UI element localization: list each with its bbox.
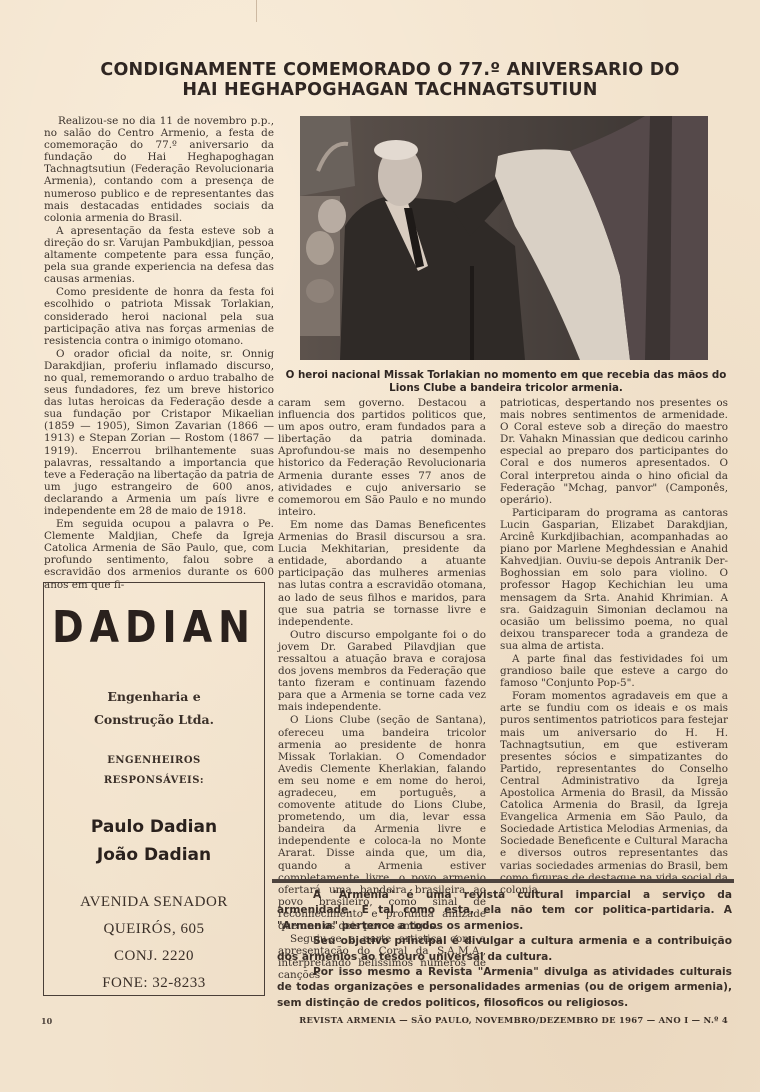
- ad-engineers-line: ENGENHEIROS: [44, 751, 264, 771]
- paragraph: Realizou-se no dia 11 de novembro p.p., …: [44, 115, 274, 224]
- paragraph: patrioticas, despertando nos presentes o…: [500, 397, 728, 506]
- ad-company-line: Construção Ltda.: [44, 708, 264, 731]
- paragraph: Participaram do programa as cantoras Luc…: [500, 507, 728, 652]
- ad-engineer-name: João Dadian: [44, 841, 264, 869]
- page-number: 10: [41, 1016, 52, 1026]
- ad-engineers-line: RESPONSÁVEIS:: [44, 771, 264, 791]
- section-divider: [272, 879, 734, 883]
- paragraph: Em seguida ocupou a palavra o Pe. Clemen…: [44, 518, 274, 591]
- photo-caption: O heroi nacional Missak Torlakian no mom…: [276, 369, 736, 395]
- mission-paragraph: Por isso mesmo a Revista "Armenia" divul…: [277, 965, 732, 1011]
- ad-engineer-name: Paulo Dadian: [44, 813, 264, 841]
- paragraph: Em nome das Damas Beneficentes Armenias …: [278, 519, 486, 628]
- ad-engineer-names: Paulo Dadian João Dadian: [44, 813, 264, 869]
- photo-torlakian-flag-image: [300, 116, 708, 360]
- news-photo: [300, 116, 708, 360]
- headline-line-1: CONDIGNAMENTE COMEMORADO O 77.º ANIVERSA…: [50, 60, 730, 80]
- mission-paragraph: A "Armenia" é uma revista cultural impar…: [277, 888, 732, 934]
- ad-address-line: CONJ. 2220: [44, 943, 264, 970]
- paragraph: O orador oficial da noite, sr. Onnig Dar…: [44, 348, 274, 517]
- ad-company-line: Engenharia e: [44, 685, 264, 708]
- article-column-right: patrioticas, despertando nos presentes o…: [500, 397, 728, 896]
- mission-paragraph: Seu objetivo principal é divulgar a cult…: [277, 934, 732, 965]
- ad-company-type: Engenharia e Construção Ltda.: [44, 685, 264, 731]
- paragraph: Outro discurso empolgante foi o do jovem…: [278, 629, 486, 714]
- paragraph: Como presidente de honra da festa foi es…: [44, 286, 274, 346]
- page-fold-line: [256, 0, 257, 22]
- ad-phone: FONE: 32-8233: [44, 970, 264, 997]
- ad-address-line: QUEIRÓS, 605: [44, 916, 264, 943]
- paragraph: caram sem governo. Destacou a influencia…: [278, 397, 486, 518]
- ad-engineers-heading: ENGENHEIROS RESPONSÁVEIS:: [44, 751, 264, 791]
- paragraph: A apresentação da festa esteve sob a dir…: [44, 225, 274, 285]
- headline-line-2: HAI HEGHAPOGHAGAN TACHNAGTSUTIUN: [50, 80, 730, 100]
- paragraph: Foram momentos agradaveis em que a arte …: [500, 690, 728, 896]
- dadian-advertisement: DADIAN Engenharia e Construção Ltda. ENG…: [43, 582, 265, 996]
- mission-statement: A "Armenia" é uma revista cultural impar…: [277, 888, 732, 1011]
- article-column-left: Realizou-se no dia 11 de novembro p.p., …: [44, 115, 274, 591]
- article-headline: CONDIGNAMENTE COMEMORADO O 77.º ANIVERSA…: [50, 60, 730, 100]
- ad-address: AVENIDA SENADOR QUEIRÓS, 605 CONJ. 2220 …: [44, 889, 264, 997]
- publication-footer: REVISTA ARMENIA — SÃO PAULO, NOVEMBRO/DE…: [299, 1015, 728, 1025]
- ad-brand-name: DADIAN: [44, 602, 264, 653]
- paragraph: A parte final das festividades foi um gr…: [500, 653, 728, 689]
- ad-address-line: AVENIDA SENADOR: [44, 889, 264, 916]
